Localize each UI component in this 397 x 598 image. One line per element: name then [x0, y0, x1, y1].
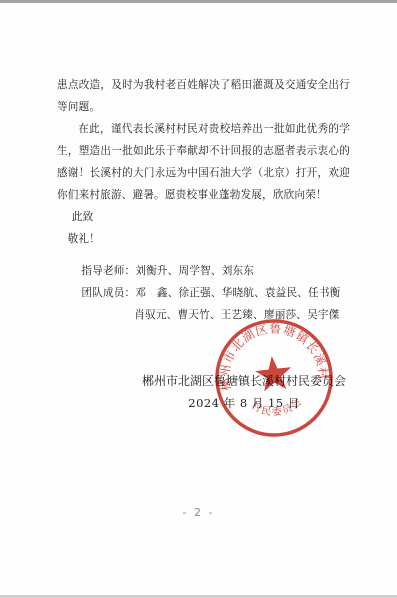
scanned-letter-page: 患点改造，及时为我村老百姓解决了稻田灌溉及交通安全出行等问题。 在此，谨代表长溪… — [0, 0, 397, 598]
paragraph-thanks: 在此，谨代表长溪村村民对贵校培养出一批如此优秀的学生，塑造出一批如此乐于奉献却不… — [57, 118, 350, 206]
signature-date: 2024 年 8 月 15 日 — [136, 392, 352, 414]
team-label: 团队成员： — [81, 287, 135, 299]
signature-block: 郴州市北湖区鲁塘镇长溪村村民委员会 2024 年 8 月 15 日 — [136, 370, 352, 414]
advisors-names: 刘衡升、周学智、刘东东 — [135, 265, 254, 277]
team-names-line1: 邓 鑫、徐正强、华晓航、袁益民、任书衡 — [135, 287, 340, 299]
scan-edge-top — [0, 0, 397, 3]
team-line-2: 肖驭元、曹天竹、王艺臻、廖丽莎、吴宇傑 — [57, 304, 350, 326]
signature-organization: 郴州市北湖区鲁塘镇长溪村村民委员会 — [136, 370, 352, 392]
letter-body: 患点改造，及时为我村老百姓解决了稻田灌溉及交通安全出行等问题。 在此，谨代表长溪… — [57, 74, 350, 326]
advisors-line: 指导老师：刘衡升、周学智、刘东东 — [57, 260, 350, 282]
page-number: - 2 - — [0, 506, 397, 519]
closing-cizhi: 此致 — [57, 206, 350, 228]
closing-jingli: 敬礼！ — [57, 228, 350, 250]
team-line-1: 团队成员：邓 鑫、徐正强、华晓航、袁益民、任书衡 — [57, 282, 350, 304]
paragraph-continued: 患点改造，及时为我村老百姓解决了稻田灌溉及交通安全出行等问题。 — [57, 74, 350, 118]
credits-block: 指导老师：刘衡升、周学智、刘东东 团队成员：邓 鑫、徐正强、华晓航、袁益民、任书… — [57, 260, 350, 326]
advisors-label: 指导老师： — [81, 265, 135, 277]
